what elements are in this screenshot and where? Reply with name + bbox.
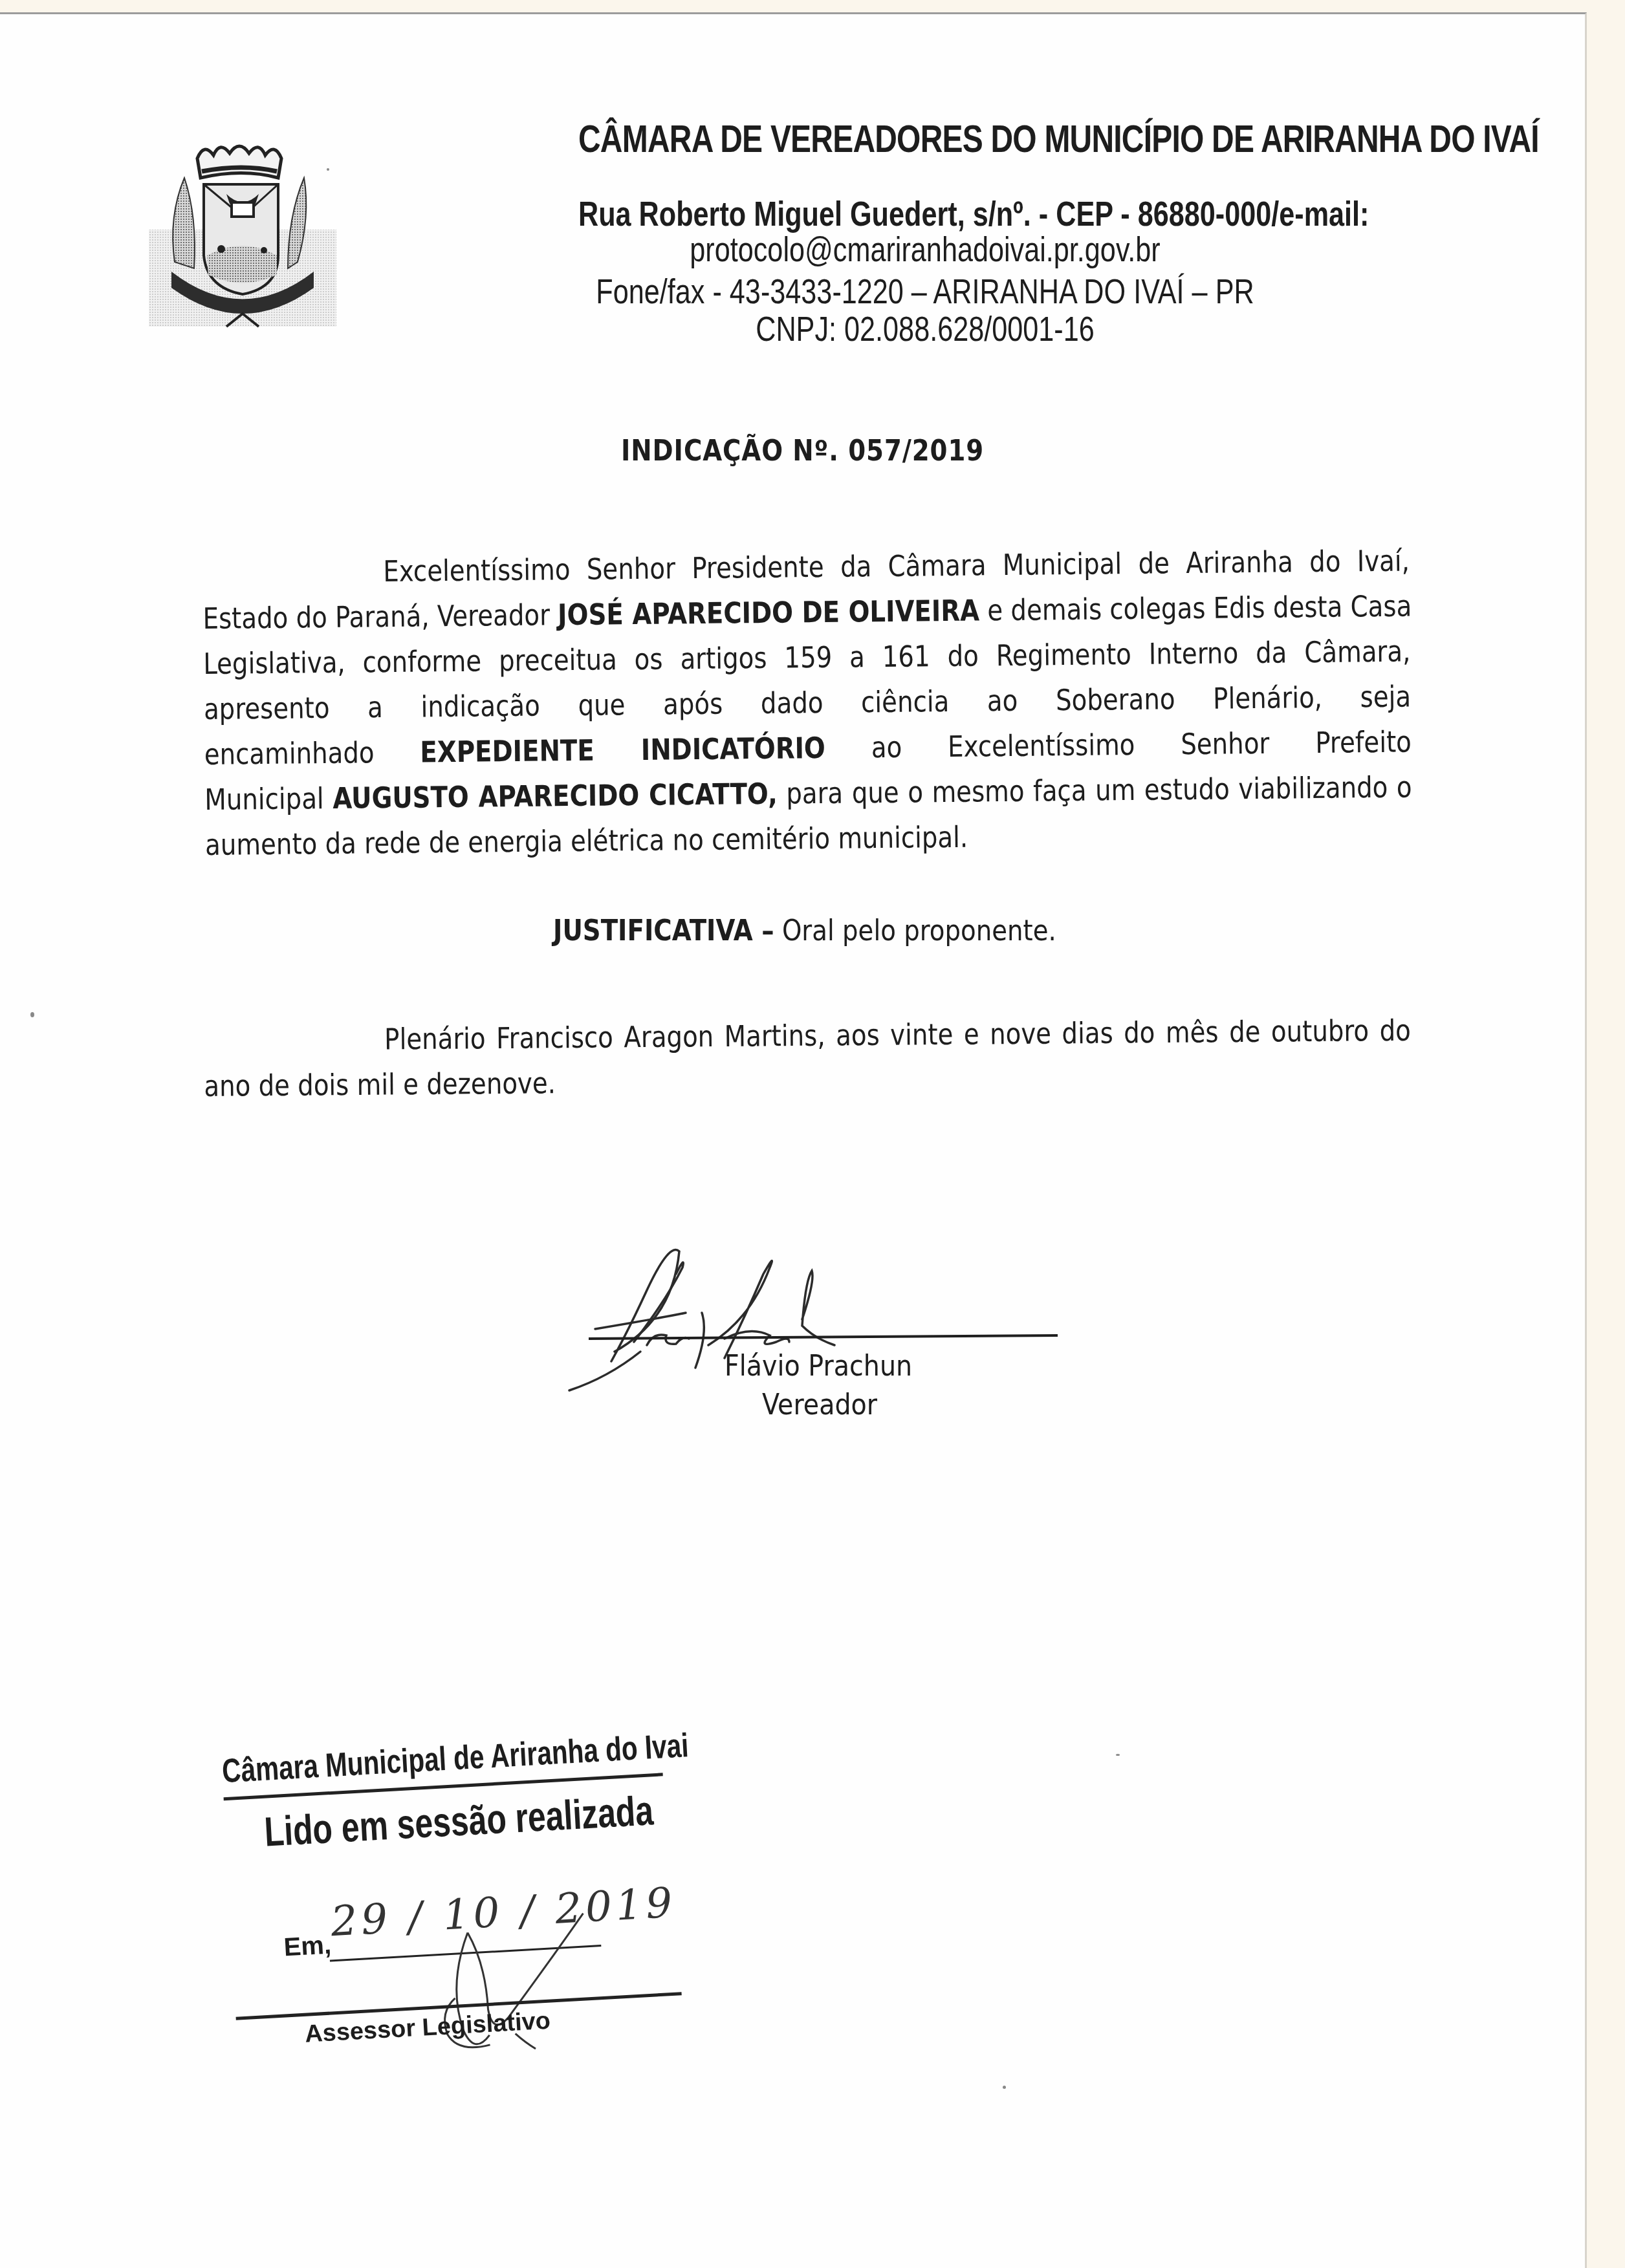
institution-email: protocolo@cmariranhadoivai.pr.gov.br bbox=[578, 230, 1272, 270]
justification: JUSTIFICATIVA – Oral pelo proponente. bbox=[553, 913, 1056, 947]
closing-paragraph: Plenário Francisco Aragon Martins, aos v… bbox=[203, 1008, 1411, 1109]
institution-address: Rua Roberto Miguel Guedert, s/nº. - CEP … bbox=[578, 194, 1272, 234]
document-heading: INDICAÇÃO Nº. 057/2019 bbox=[621, 435, 984, 468]
expediente-label: EXPEDIENTE INDICATÓRIO bbox=[420, 731, 825, 770]
stamp-institution: Câmara Municipal de Ariranha do Ivai bbox=[221, 1726, 690, 1791]
signatory-name: Flávio Prachun bbox=[725, 1348, 912, 1383]
coat-of-arms-icon bbox=[149, 133, 336, 330]
scan-speck bbox=[1003, 2086, 1006, 2089]
reading-stamp: Câmara Municipal de Ariranha do Ivai Lid… bbox=[213, 1707, 697, 2069]
stamp-date-prefix: Em, bbox=[283, 1930, 332, 1962]
institution-cnpj: CNPJ: 02.088.628/0001-16 bbox=[578, 309, 1272, 349]
mayor-name: AUGUSTO APARECIDO CICATTO, bbox=[333, 777, 778, 815]
council-president-name: JOSÉ APARECIDO DE OLIVEIRA bbox=[558, 593, 979, 632]
signatory-role: Vereador bbox=[762, 1387, 877, 1421]
scan-speck bbox=[30, 1012, 34, 1017]
body-paragraph: Excelentíssimo Senhor Presidente da Câma… bbox=[202, 538, 1412, 868]
scan-speck bbox=[327, 168, 329, 171]
scan-speck bbox=[1116, 1754, 1120, 1756]
institution-title: CÂMARA DE VEREADORES DO MUNICÍPIO DE ARI… bbox=[578, 116, 1272, 161]
institution-phone: Fone/fax - 43-3433-1220 – ARIRANHA DO IV… bbox=[578, 272, 1272, 312]
stamp-status: Lido em sessão realizada bbox=[263, 1786, 655, 1855]
